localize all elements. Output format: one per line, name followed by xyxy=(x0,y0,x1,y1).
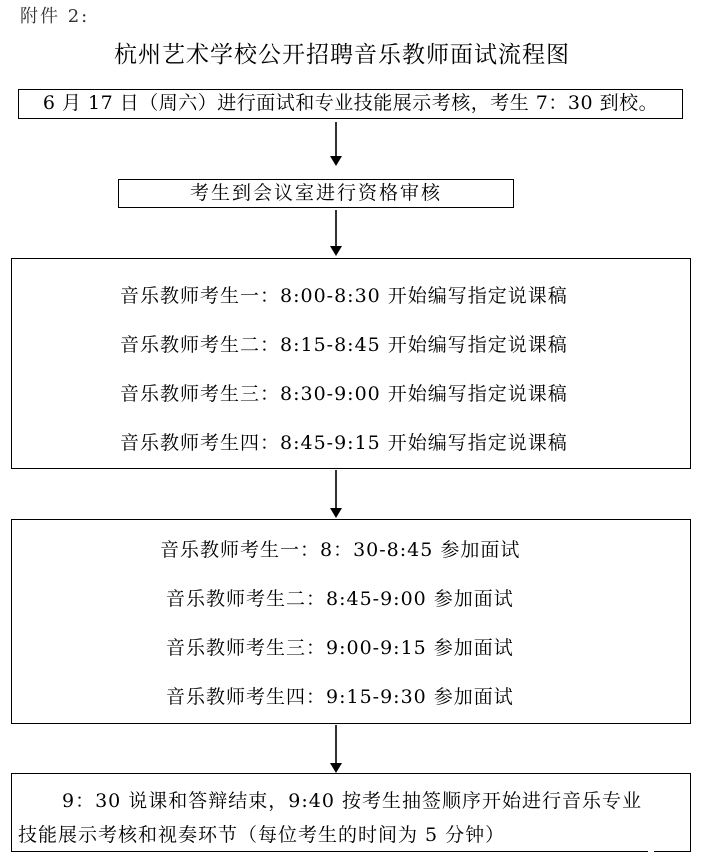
step-box-arrival: 6 月 17 日（周六）进行面试和专业技能展示考核，考生 7：30 到校。 xyxy=(18,89,683,119)
schedule-line: 音乐教师考生一：8：30-8:45 参加面试 xyxy=(160,535,520,562)
arrow-down-icon xyxy=(335,725,337,764)
schedule-line: 音乐教师考生一：8:00-8:30 开始编写指定说课稿 xyxy=(120,281,568,308)
step-box-interview: 音乐教师考生一：8：30-8:45 参加面试 音乐教师考生二：8:45-9:00… xyxy=(11,519,691,724)
schedule-line: 音乐教师考生三：9:00-9:15 参加面试 xyxy=(166,633,514,660)
result-line: 9：30 说课和答辩结束，9:40 按考生抽签顺序开始进行音乐专业 xyxy=(62,786,642,813)
schedule-line: 音乐教师考生二：8:15-8:45 开始编写指定说课稿 xyxy=(120,330,568,357)
arrow-down-icon xyxy=(335,470,337,509)
schedule-line: 音乐教师考生四：8:45-9:15 开始编写指定说课稿 xyxy=(120,428,568,455)
schedule-line: 音乐教师考生三：8:30-9:00 开始编写指定说课稿 xyxy=(120,379,568,406)
step-text: 6 月 17 日（周六）进行面试和专业技能展示考核，考生 7：30 到校。 xyxy=(43,92,658,114)
page-title: 杭州艺术学校公开招聘音乐教师面试流程图 xyxy=(0,36,722,69)
title-text: 杭州艺术学校公开招聘音乐教师面试流程图 xyxy=(114,42,570,68)
step-text: 考生到会议室进行资格审核 xyxy=(190,182,442,204)
arrow-down-icon xyxy=(335,210,337,247)
border-gap xyxy=(648,849,654,853)
result-line: 技能展示考核和视奏环节（每位考生的时间为 5 分钟） xyxy=(18,820,505,847)
step-box-qualification-check: 考生到会议室进行资格审核 xyxy=(118,179,514,208)
arrow-down-icon xyxy=(335,122,337,157)
step-box-skill-demo: 9：30 说课和答辩结束，9:40 按考生抽签顺序开始进行音乐专业 技能展示考核… xyxy=(11,773,691,852)
step-box-lesson-prep: 音乐教师考生一：8:00-8:30 开始编写指定说课稿 音乐教师考生二：8:15… xyxy=(11,258,691,469)
attachment-label: 附件 2: xyxy=(20,2,89,28)
schedule-line: 音乐教师考生二：8:45-9:00 参加面试 xyxy=(166,584,514,611)
schedule-line: 音乐教师考生四：9:15-9:30 参加面试 xyxy=(166,682,514,709)
